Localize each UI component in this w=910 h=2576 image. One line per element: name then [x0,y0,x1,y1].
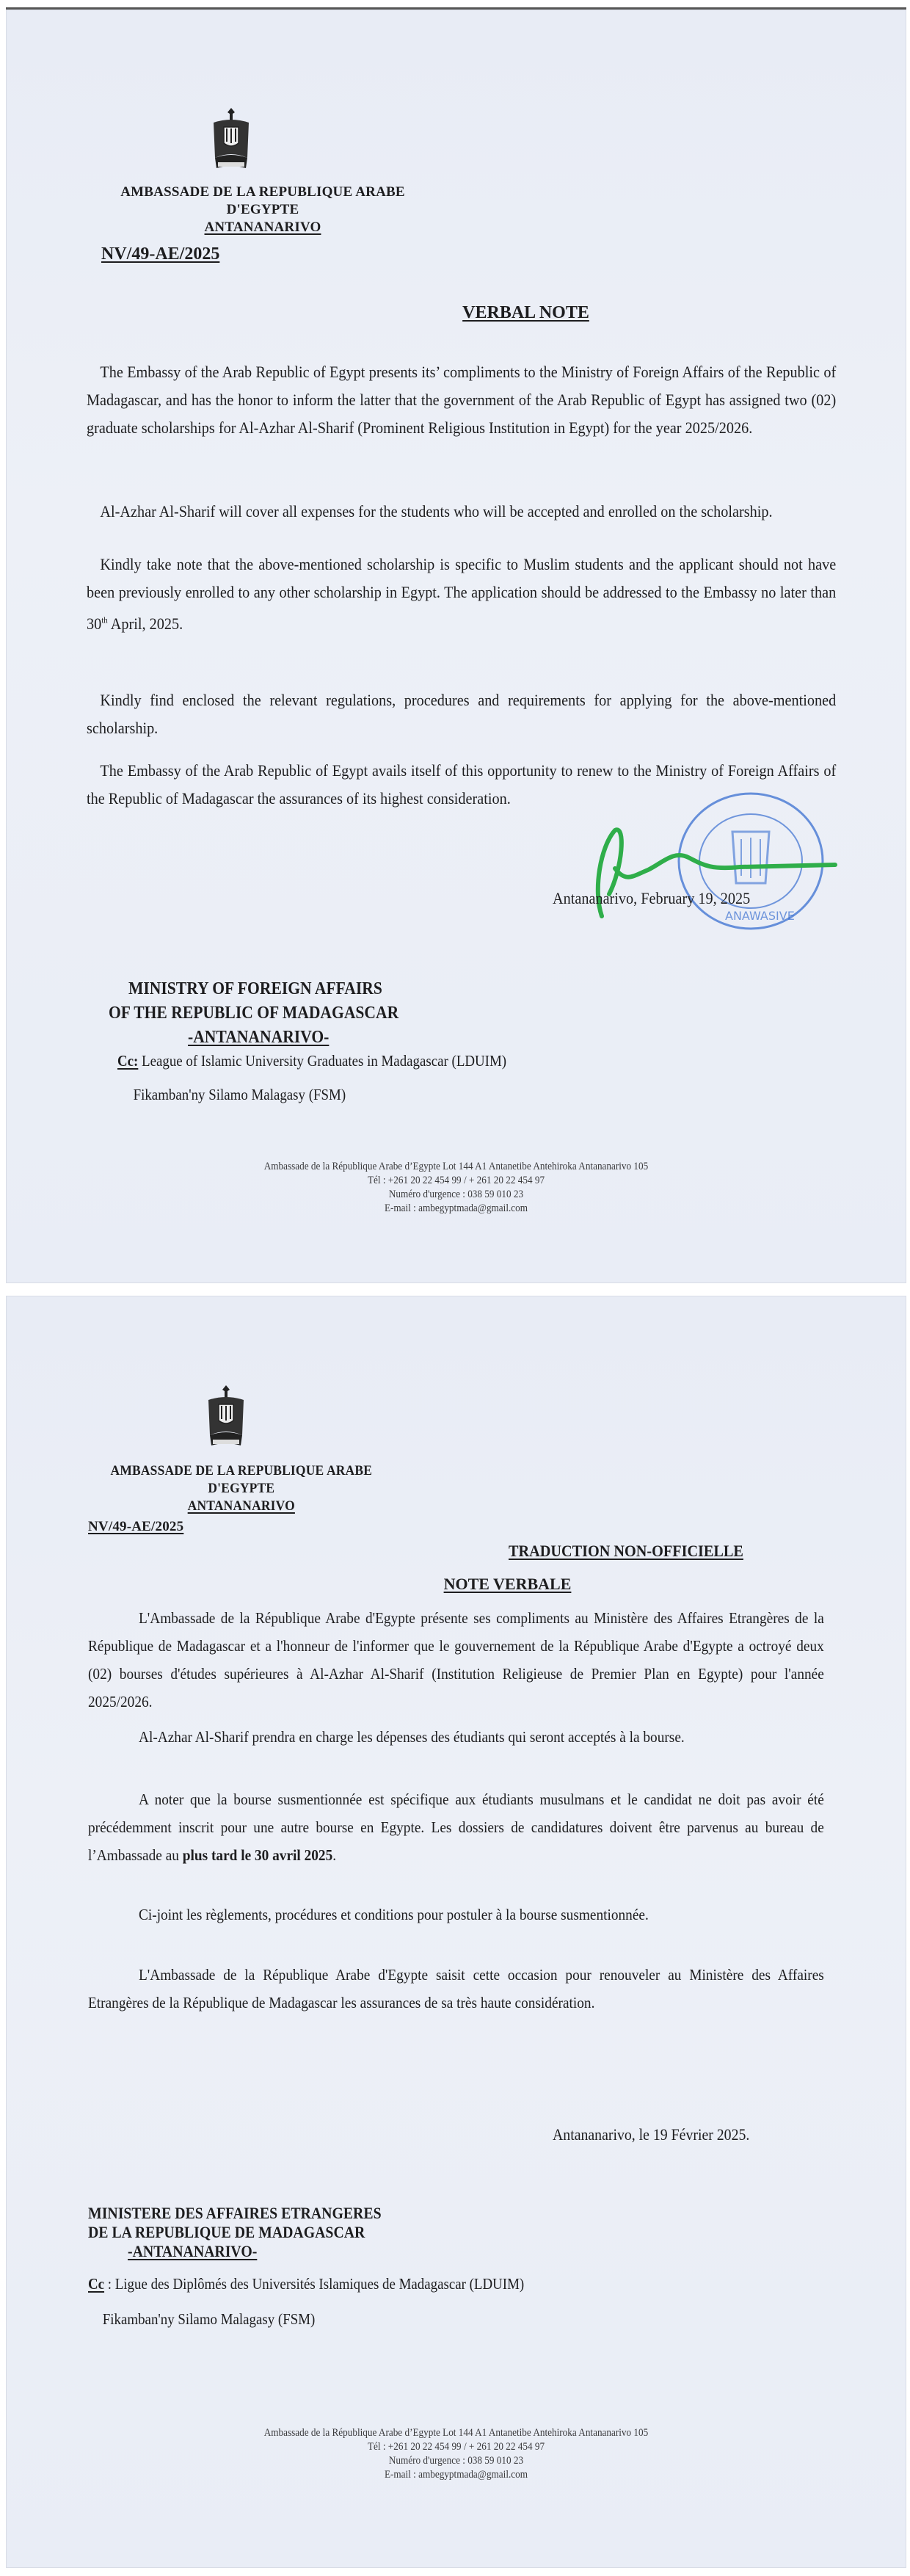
paragraph-2: Al-Azhar Al-Sharif prendra en charge les… [88,1723,824,1751]
footer-tel: Tél : +261 20 22 454 99 / + 261 20 22 45… [60,1174,853,1188]
cc-item: League of Islamic University Graduates i… [142,1052,506,1070]
page-french: AMBASSADE DE LA REPUBLIQUE ARABE D'EGYPT… [6,1296,906,2568]
cc-item: Fikamban'ny Silamo Malagasy (FSM) [88,2309,524,2329]
paragraph-4: Ci-joint les règlements, procédures et c… [88,1901,824,1929]
footer-email: E-mail : ambegyptmada@gmail.com [60,1202,853,1216]
recipient-line2: DE LA REPUBLIQUE DE MADAGASCAR [88,2223,382,2242]
letterhead-line1: AMBASSADE DE LA REPUBLIQUE ARABE [79,1462,404,1480]
cc-item: Ligue des Diplômés des Universités Islam… [115,2275,524,2293]
footer-email: E-mail : ambegyptmada@gmail.com [60,2468,853,2482]
paragraph-4: Kindly find enclosed the relevant regula… [87,686,836,742]
letterhead: AMBASSADE DE LA REPUBLIQUE ARABE D'EGYPT… [79,1462,404,1515]
footer-contact: Ambassade de la République Arabe d’Egypt… [60,2426,853,2482]
paragraph-5: L'Ambassade de la République Arabe d'Egy… [88,1961,824,2017]
footer-address: Ambassade de la République Arabe d’Egypt… [60,2426,853,2440]
letterhead-line2: D'EGYPTE [50,201,476,219]
footer-emergency: Numéro d'urgence : 038 59 010 23 [60,1188,853,1202]
cc-label: Cc [88,2275,104,2293]
recipient-city: -ANTANANARIVO- [109,1026,398,1050]
letterhead: AMBASSADE DE LA REPUBLIQUE ARABE D'EGYPT… [50,184,476,236]
paragraph-3: A noter que la bourse susmentionnée est … [88,1785,824,1869]
translation-notice: TRADUCTION NON-OFFICIELLE [509,1542,743,1561]
footer-address: Ambassade de la République Arabe d’Egypt… [60,1160,853,1174]
footer-tel: Tél : +261 20 22 454 99 / + 261 20 22 45… [60,2440,853,2454]
recipient-line2: OF THE REPUBLIC OF MADAGASCAR [109,1001,398,1026]
recipient-block: MINISTRY OF FOREIGN AFFAIRS OF THE REPUB… [109,977,398,1050]
footer-contact: Ambassade de la République Arabe d’Egypt… [60,1160,853,1216]
note-reference: NV/49-AE/2025 [101,244,219,264]
cc-block: Cc: League of Islamic University Graduat… [117,1051,506,1105]
letterhead-city: ANTANANARIVO [205,219,321,235]
recipient-line1: MINISTRY OF FOREIGN AFFAIRS [109,977,398,1001]
footer-emergency: Numéro d'urgence : 038 59 010 23 [60,2454,853,2468]
recipient-block: MINISTERE DES AFFAIRES ETRANGERES DE LA … [88,2204,382,2261]
deadline: plus tard le 30 avril 2025 [183,1846,332,1864]
date-line: Antananarivo, le 19 Février 2025. [553,2125,863,2144]
note-reference: NV/49-AE/2025 [88,1518,183,1536]
date-line: Antananarivo, February 19, 2025 [553,889,876,908]
cc-item: Fikamban'ny Silamo Malagasy (FSM) [117,1084,506,1105]
paragraph-1: L'Ambassade de la République Arabe d'Egy… [88,1604,824,1716]
letterhead-line1: AMBASSADE DE LA REPUBLIQUE ARABE [50,184,476,201]
document-title: VERBAL NOTE [462,303,589,322]
page-english: AMBASSADE DE LA REPUBLIQUE ARABE D'EGYPT… [6,7,906,1283]
eagle-of-saladin-emblem-icon [204,1384,248,1448]
letterhead-city: ANTANANARIVO [188,1498,295,1514]
recipient-line1: MINISTERE DES AFFAIRES ETRANGERES [88,2204,382,2223]
paragraph-2: Al-Azhar Al-Sharif will cover all expens… [87,498,836,526]
deadline: 30th April, 2025. [87,614,183,633]
cc-label: Cc: [117,1052,138,1070]
recipient-city: -ANTANANARIVO- [88,2242,382,2261]
document-title: NOTE VERBALE [444,1575,572,1593]
letterhead-line2: D'EGYPTE [79,1480,404,1498]
paragraph-1: The Embassy of the Arab Republic of Egyp… [87,358,836,442]
paragraph-3: Kindly take note that the above-mentione… [87,551,836,638]
cc-block: Cc : Ligue des Diplômés des Universités … [88,2274,524,2329]
eagle-of-saladin-emblem-icon [209,106,253,171]
